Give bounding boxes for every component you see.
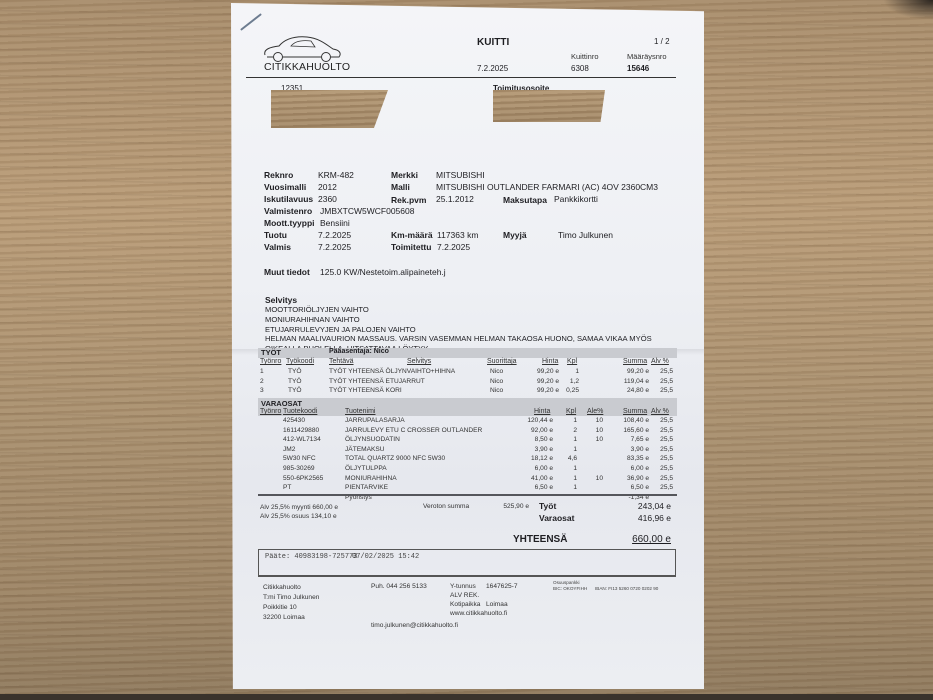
footer-website[interactable]: www.citikkahuolto.fi [450,610,507,617]
valmis-label: Valmis [264,242,291,252]
parts-total-value: 416,96 e [621,513,671,523]
footer-iban: IBAN: FI13 5260 0720 0202 90 [595,586,658,591]
footer-city: 32200 Loimaa [263,614,305,621]
footer-bank-label: Osuuspankki [553,580,580,585]
labor-no: 3 [260,387,264,394]
redacted-customer-address [271,90,388,128]
part-qty: 1 [561,475,577,482]
labor-sum: 119,04 e [611,378,649,385]
labor-qty: 0,25 [563,387,579,394]
labor-price: 99,20 e [523,378,559,385]
labor-col-desc: Selvitys [407,358,431,365]
part-price: 92,00 e [515,427,553,434]
vat-sales: Alv 25,5% myynti 660,00 e [260,504,338,511]
vuosimalli-label: Vuosimalli [264,182,306,192]
kmmaara-label: Km-määrä [391,230,433,240]
parts-total-label: Varaosat [539,513,574,523]
labor-price: 99,20 e [523,368,559,375]
labor-col-vat: Alv % [651,358,669,365]
labor-no: 1 [260,368,264,375]
labor-task: TYÖT YHTEENSÄ KORI [329,387,402,394]
part-name: TOTAL QUARTZ 9000 NFC 5W30 [345,455,445,462]
muut-tiedot-value: 125.0 KW/Nestetoim.alipaineteh.j [320,267,446,277]
labor-task: TYÖT YHTEENSÄ ÖLJYNVAIHTO+HIHNA [329,368,455,375]
part-vat: 25,5 [651,446,673,453]
car-logo-icon [261,35,343,63]
part-price: 3,90 e [515,446,553,453]
footer-bic: BIC: OKOYFIHH [553,586,587,591]
desk-shadow [883,0,933,20]
parts-col-price: Hinta [534,408,550,415]
footer-vat-reg: ALV REK. [450,592,479,599]
grand-total-label: YHTEENSÄ [513,534,567,545]
part-discount: 10 [587,417,603,424]
iskutilavuus-value: 2360 [318,194,337,204]
kmmaara-value: 117363 km [437,230,478,240]
part-discount: 10 [587,427,603,434]
part-code: 550-6PK2565 [283,475,323,482]
grand-total-value: 660,00 e [611,534,671,545]
net-sum-label: Veroton summa [423,503,469,510]
labor-col-code: Työkoodi [286,358,314,365]
labor-col-sum: Summa [623,358,647,365]
part-sum: 7,65 e [611,436,649,443]
parts-col-vat: Alv % [651,408,669,415]
part-qty: 1 [561,436,577,443]
rekpvm-label: Rek.pvm [391,195,426,205]
moottyyppi-value: Bensiini [320,218,350,228]
myyja-label: Myyjä [503,230,527,240]
part-vat: 25,5 [651,417,673,424]
labor-vat: 25,5 [651,387,673,394]
labor-code: TYÖ [288,378,302,385]
parts-col-qty: Kpl [566,408,576,415]
part-sum: 108,40 e [611,417,649,424]
receipt-document: CITIKKAHUOLTO KUITTI 1 / 2 Kuittinro Mää… [231,3,704,689]
valmis-value: 7.2.2025 [318,242,351,252]
labor-col-price: Hinta [542,358,558,365]
part-sum: 83,35 e [611,455,649,462]
part-price: 41,00 e [515,475,553,482]
footer-domicile: Loimaa [486,601,508,608]
labor-performer: Nico [490,368,503,375]
desk-edge [0,694,933,700]
labor-total-value: 243,04 e [621,501,671,511]
part-qty: 1 [561,484,577,491]
part-code: PT [283,484,291,491]
part-sum: 6,00 e [611,465,649,472]
company-logo-text: CITIKKAHUOLTO [264,61,350,73]
part-sum: 3,90 e [611,446,649,453]
part-vat: 25,5 [651,436,673,443]
rekpvm-value: 25.1.2012 [436,194,474,204]
part-name: JARRULEVY ETU C CROSSER OUTLANDER [345,427,482,434]
parts-col-no: Työnro [260,408,281,415]
part-discount: 10 [587,475,603,482]
maksutapa-value: Pankkikortti [554,194,598,204]
part-code: 1611429880 [283,427,319,434]
malli-label: Malli [391,182,410,192]
parts-col-name: Tuotenimi [345,408,375,415]
labor-price: 99,20 e [523,387,559,394]
labor-col-task: Tehtävä [329,358,354,365]
labor-qty: 1 [563,368,579,375]
part-code: JM2 [283,446,295,453]
maksutapa-label: Maksutapa [503,195,547,205]
valmistenro-value: JMBXTCW5WCF005608 [320,206,414,216]
reknro-label: Reknro [264,170,293,180]
labor-col-no: Työnro [260,358,281,365]
vuosimalli-value: 2012 [318,182,337,192]
part-qty: 1 [561,465,577,472]
part-name: MONIURAHIHNA [345,475,397,482]
net-sum-value: 525,90 e [489,503,529,510]
toimitettu-label: Toimitettu [391,242,431,252]
receipt-no-label: Kuittinro [571,52,599,61]
explanation-title: Selvitys [265,295,297,305]
part-sum: 36,90 e [611,475,649,482]
labor-performer: Nico [490,378,503,385]
valmistenro-label: Valmistenro [264,206,312,216]
order-no: 15646 [627,64,649,73]
part-price: 18,12 e [515,455,553,462]
part-name: JÄTEMAKSU [345,446,385,453]
labor-performer: Nico [490,387,503,394]
parts-col-code: Tuotekoodi [283,408,317,415]
footer-owner: T:mi Timo Julkunen [263,594,319,601]
labor-title: TYÖT [261,348,281,357]
footer-domicile-label: Kotipaikka [450,601,480,608]
part-name: ÖLJYNSUODATIN [345,436,400,443]
header-divider [246,77,676,78]
labor-code: TYÖ [288,387,302,394]
document-date: 7.2.2025 [477,64,508,73]
tuotu-value: 7.2.2025 [318,230,351,240]
part-vat: 25,5 [651,427,673,434]
myyja-value: Timo Julkunen [558,230,613,240]
footer-email[interactable]: timo.julkunen@citikkahuolto.fi [371,622,458,629]
labor-task: TYÖT YHTEENSÄ ETUJARRUT [329,378,425,385]
part-qty: 4,6 [561,455,577,462]
labor-total-label: Työt [539,501,556,511]
part-name: JARRUPALASARJA [345,417,405,424]
parts-header-band [258,398,677,416]
part-qty: 1 [561,446,577,453]
moottyyppi-label: Moott.tyyppi [264,218,315,228]
labor-sum: 24,80 e [611,387,649,394]
reknro-value: KRM-482 [318,170,354,180]
footer-business-id: 1647625-7 [486,583,518,590]
labor-vat: 25,5 [651,378,673,385]
part-name: ÖLJYTULPPA [345,465,387,472]
staple-icon [240,13,262,31]
receipt-no: 6308 [571,64,589,73]
footer-company: Citikkahuolto [263,584,301,591]
document-title: KUITTI [477,37,509,48]
main-mechanic: Pääasentaja: Nico [329,348,389,355]
totals-divider [258,494,677,496]
labor-sum: 99,20 e [611,368,649,375]
parts-col-discount: Ale% [587,408,603,415]
parts-col-sum: Summa [623,408,647,415]
part-code: 5W30 NFC [283,455,316,462]
terminal-id: Pääte: 40983198-725773 [265,553,357,561]
explanation-text: MOOTTORIÖLJYJEN VAIHTO MONIURAHIHNAN VAI… [265,305,652,354]
labor-vat: 25,5 [651,368,673,375]
redacted-shipping-address [493,90,605,122]
page-number: 1 / 2 [654,37,670,46]
part-price: 6,50 e [515,484,553,491]
part-sum: 6,50 e [611,484,649,491]
iskutilavuus-label: Iskutilavuus [264,194,313,204]
part-qty: 1 [561,417,577,424]
malli-value: MITSUBISHI OUTLANDER FARMARI (AC) 4OV 23… [436,182,658,192]
parts-title: VARAOSAT [261,399,302,408]
muut-tiedot-label: Muut tiedot [264,267,310,277]
footer-street: Poikkitie 10 [263,604,297,611]
labor-no: 2 [260,378,264,385]
vat-share: Alv 25,5% osuus 134,10 e [260,513,337,520]
part-vat: 25,5 [651,465,673,472]
merkki-value: MITSUBISHI [436,170,485,180]
merkki-label: Merkki [391,170,418,180]
footer-phone: Puh. 044 256 5133 [371,583,427,590]
labor-col-by: Suorittaja [487,358,517,365]
tuotu-label: Tuotu [264,230,287,240]
toimitettu-value: 7.2.2025 [437,242,470,252]
part-vat: 25,5 [651,484,673,491]
part-discount: 10 [587,436,603,443]
part-qty: 2 [561,427,577,434]
labor-header-band [258,348,677,358]
labor-code: TYÖ [288,368,302,375]
part-code: 425430 [283,417,305,424]
part-vat: 25,5 [651,455,673,462]
labor-col-qty: Kpl [567,358,577,365]
terminal-datetime: 07/02/2025 15:42 [352,553,419,561]
part-code: 985-30269 [283,465,315,472]
footer-business-id-label: Y-tunnus [450,583,476,590]
order-no-label: Määräysnro [627,52,667,61]
part-sum: 165,60 e [611,427,649,434]
part-code: 412-WL7134 [283,436,321,443]
part-vat: 25,5 [651,475,673,482]
part-price: 6,00 e [515,465,553,472]
part-name: PIENTARVIKE [345,484,388,491]
part-price: 8,50 e [515,436,553,443]
part-price: 120,44 e [515,417,553,424]
labor-qty: 1,2 [563,378,579,385]
